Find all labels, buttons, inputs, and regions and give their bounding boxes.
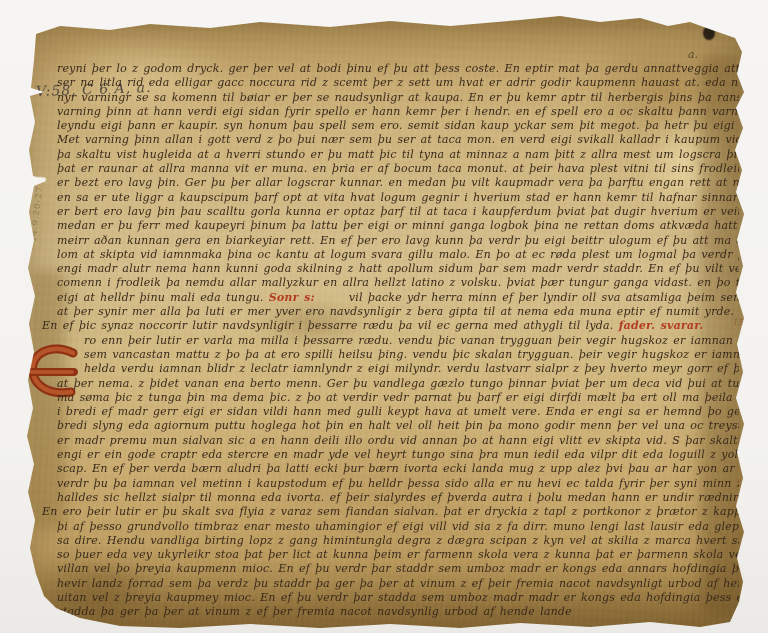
- manuscript-line: uitan vel z þreyia kaupmey mioc. En ef þ…: [57, 591, 739, 605]
- manuscript-line: engi er ein gode craptr eda stercre en m…: [57, 448, 739, 462]
- manuscript-line: þa skaltu vist hugleida at a hverri stun…: [57, 148, 739, 162]
- tear-notch: [30, 176, 46, 181]
- manuscript-line: sa dire. Hendu vandliga birting lopz z g…: [57, 534, 739, 548]
- manuscript-line: sem vancastan mattu z þo þa at ero spill…: [57, 348, 739, 362]
- manuscript-line: er madr premu mun sialvan sic a en hann …: [57, 434, 739, 448]
- manuscript-line: En ero þeir lutir er þu skalt sva flyia …: [42, 505, 739, 519]
- manuscript-line: meirr aðan kunnan gera en biarkeyiar ret…: [57, 234, 739, 248]
- manuscript-line: en sa er ute liggr a kaupscipum þarf opt…: [57, 191, 739, 205]
- manuscript-line: hevir landz forrad sem þa verdz þu stadd…: [57, 577, 739, 591]
- manuscript-line: ser na litla rid eda elligar gacc noccur…: [57, 76, 739, 90]
- manuscript-line: engi madr alutr nema hann kunni goda ski…: [57, 262, 739, 276]
- manuscript-line: þi af þesso grundvollo timbraz enar mest…: [57, 520, 739, 534]
- manuscript-line: i bredi ef madr gerr eigi er sidan vildi…: [57, 405, 739, 419]
- manuscript-line: scap. En ef þer verda bærn aludri þa lat…: [57, 462, 739, 476]
- manuscript-text: reyni þer lo z godom dryck. ger þer vel …: [57, 62, 739, 620]
- manuscript-line: er bezt ero lavg þin. Ger þu þer allar l…: [57, 176, 739, 190]
- manuscript-line: halldes sic hellzt sialpr til monna eda …: [57, 491, 739, 505]
- manuscript-line: villan vel þo þreyia kaupmenn mioc. En e…: [57, 562, 739, 576]
- manuscript-line: so þuer eda vey ukyrleikr stoa þat þer l…: [57, 548, 739, 562]
- manuscript-line: ma søma þic z tunga þin ma dema þic. z þ…: [57, 391, 739, 405]
- manuscript-line: medan er þu ferr med kaupeyri þinum þa l…: [57, 219, 739, 233]
- manuscript-line: verdr þu þa iamnan vel metinn i kaupstod…: [57, 477, 739, 491]
- manuscript-line: helda verdu iamnan blidr z leclatr iamnl…: [57, 362, 739, 376]
- manuscript-line: comenn i frodleik þa nemdu allar mallyzk…: [57, 276, 739, 290]
- photo-backdrop: V:58, C 6 A, a. a. 14.9.20-27 15 J3 reyn…: [0, 0, 768, 633]
- manuscript-line: Met varning þinn allan i gott verd z þo …: [57, 133, 739, 147]
- corner-note: a.: [688, 48, 698, 61]
- edge-pencil-note: 14.9.20-27: [29, 186, 46, 243]
- manuscript-line: bredi slyng eda agiornum puttu hoglega h…: [57, 419, 739, 433]
- manuscript-line: at þer nema. z þidet vanan ena berto men…: [57, 377, 739, 391]
- manuscript-line: nyr varningr se sa komenn til bøiar er þ…: [57, 91, 739, 105]
- faded-inscription: [158, 6, 278, 26]
- manuscript-line: varning þinn at hann verdi eigi sidan fy…: [57, 105, 739, 119]
- manuscript-line: þat er raunar at allra manna vit er muna…: [57, 162, 739, 176]
- manuscript-line: er bert ero lavg þin þau scalltu gorla k…: [57, 205, 739, 219]
- manuscript-page: V:58, C 6 A, a. a. 14.9.20-27 15 J3 reyn…: [0, 0, 768, 633]
- manuscript-line: reyni þer lo z godom dryck. ger þer vel …: [57, 62, 739, 76]
- manuscript-line: at þer synir mer alla þa luti er mer yve…: [57, 305, 739, 319]
- ink-blot: [703, 26, 715, 40]
- manuscript-line: En ef þic synaz noccorir lutir navdsynli…: [42, 319, 739, 333]
- manuscript-line: ro enn þeir lutir er varla ma milla i þe…: [57, 334, 739, 348]
- manuscript-line: leyndu eigi þann er kaupir. syn honum þa…: [57, 119, 739, 133]
- manuscript-line: eigi at helldr þinu mali eda tungu. Sonr…: [57, 291, 739, 305]
- manuscript-line: lom at skipta vid iamnmaka þina oc kantu…: [57, 248, 739, 262]
- manuscript-line: stadda þa ger þa þer at vinum z ef þer f…: [57, 605, 739, 619]
